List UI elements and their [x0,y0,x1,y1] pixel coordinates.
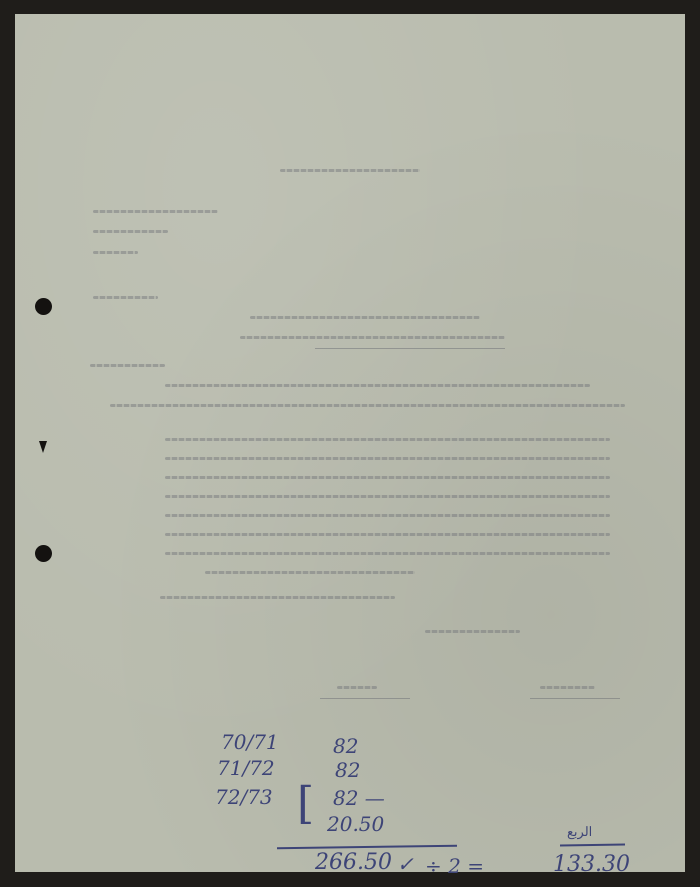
signature-right [540,686,595,689]
subject-underline [315,348,505,349]
date-line [93,296,158,299]
year-row-3: 72/73 [215,787,273,807]
amount-row-1: 82 [333,736,358,756]
body-line [165,476,610,479]
signature-left-rule [320,698,410,699]
closing-line [160,596,395,599]
hole-punch-tear [39,441,47,453]
signature-right-rule [530,698,620,699]
amount-row-2: 82 [335,760,360,780]
signature-left [337,686,377,689]
reference-line [280,169,420,172]
body-line [165,552,610,555]
document-page: Typed Arabic body text is too faded to t… [15,14,685,872]
result-label-underline [560,844,625,846]
hole-punch-top [35,298,52,315]
amount-row-3: 82 — [333,788,385,808]
addressee-line-2 [93,230,168,233]
body-line [165,495,610,498]
subject-line-2 [240,336,505,339]
result-amount: 133.30 [553,854,630,876]
body-line [165,438,610,441]
body-line [110,404,625,407]
body-line [165,514,610,517]
body-line [165,533,610,536]
addressee-line-1 [93,210,218,213]
body-line [165,457,610,460]
year-row-2: 71/72 [217,758,275,778]
total-amount: 266.50 [315,852,392,874]
salutation-line [90,364,165,367]
regards-line [425,630,520,633]
body-line [165,384,590,387]
amount-row-4: 20.50 [327,814,384,834]
divide-expression: ÷ 2 = [425,856,484,876]
sum-underline [277,845,457,849]
bracket-glyph: [ [297,782,314,826]
subject-line-1 [250,316,480,319]
addressee-line-3 [93,251,138,254]
result-label: الربع [567,826,592,839]
body-line [205,571,415,574]
hole-punch-bottom [35,545,52,562]
check-mark: ✓ [397,854,414,874]
year-row-1: 70/71 [221,732,279,752]
